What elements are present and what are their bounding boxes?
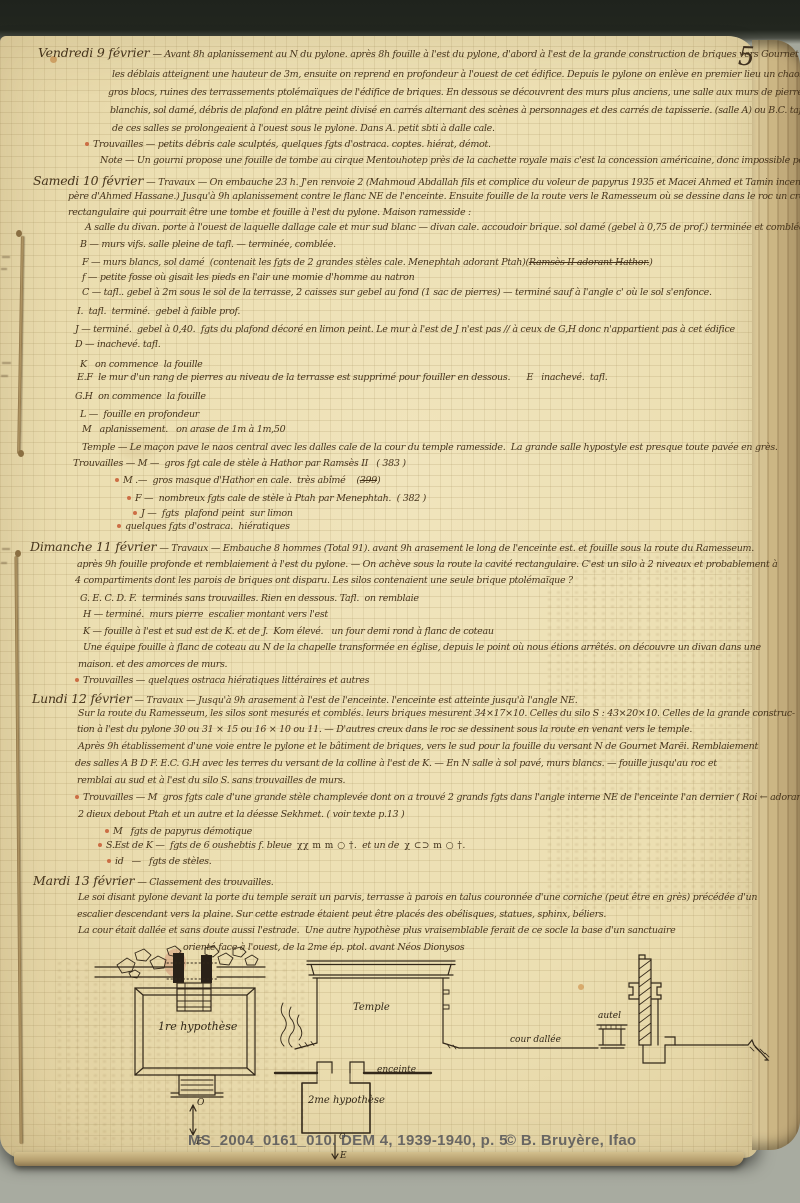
manuscript-line: rectangulaire qui pourrait être une tomb…	[68, 208, 471, 219]
manuscript-line: tion à l'est du pylone 30 ou 31 × 15 ou …	[77, 725, 692, 736]
manuscript-line: 4 compartiments dont les parois de briqu…	[75, 576, 573, 587]
manuscript-line: escalier descendant vers la plaine. Sur …	[77, 910, 606, 921]
altar-sketch	[597, 1025, 627, 1048]
manuscript-line: M .— gros masque d'Hathor en cale. très …	[115, 476, 380, 487]
manuscript-line: après 9h fouille profonde et remblaiemen…	[77, 560, 777, 571]
ghost-mark	[1, 562, 7, 564]
manuscript-line: K on commence la fouille	[80, 360, 203, 371]
manuscript-line: Une équipe fouille à flanc de coteau au …	[83, 643, 761, 654]
manuscript-line: quelques fgts d'ostraca. hiératiques	[117, 522, 290, 533]
manuscript-line: Note — Un gourni propose une fouille de …	[100, 156, 800, 167]
manuscript-line-dated: Dimanche 11 février— Travaux — Embauche …	[30, 540, 754, 555]
sketch-label: 2me hypothèse	[308, 1095, 385, 1106]
break-squiggle	[281, 1003, 302, 1047]
sketch-label: autel	[598, 1011, 621, 1021]
manuscript-line: I. tafl. terminé. gebel à faible prof.	[77, 307, 240, 318]
manuscript-line-dated: Mardi 13 février— Classement des trouvai…	[33, 874, 274, 889]
manuscript-line: id — fgts de stèles.	[107, 857, 211, 868]
manuscript-line: remblai au sud et à l'est du silo S. san…	[77, 776, 345, 787]
rubble-sketch	[117, 946, 258, 978]
manuscript-line: Le soi disant pylone devant la porte du …	[78, 893, 757, 904]
manuscript-line: C — tafl.. gebel à 2m sous le sol de la …	[82, 288, 712, 299]
manuscript-line: F — murs blancs, sol damé (contenait les…	[82, 258, 653, 269]
manuscript-line: Sur la route du Ramesseum, les silos son…	[78, 709, 795, 720]
manuscript-line: Trouvailles — M — gros fgt cale de stèle…	[73, 459, 406, 470]
sketch-label: cour dallée	[510, 1035, 561, 1045]
manuscript-line: A salle du divan. porte à l'ouest de laq…	[85, 223, 800, 234]
manuscript-line: J — fgts plafond peint sur limon	[133, 509, 293, 520]
manuscript-line: La cour était dallée et sans doute aussi…	[78, 926, 675, 937]
manuscript-line: G. E. C. D. F. terminés sans trouvailles…	[80, 594, 419, 605]
manuscript-line: E.F le mur d'un rang de pierres au nivea…	[77, 373, 607, 384]
manuscript-line-dated: Vendredi 9 février— Avant 8h aplanisseme…	[38, 46, 800, 61]
manuscript-line: Trouvailles — M gros fgts cale d'une gra…	[75, 793, 800, 804]
sketch-label: E	[340, 1151, 347, 1161]
manuscript-line: maison. et des amorces de murs.	[78, 660, 227, 671]
manuscript-line: F — nombreux fgts cale de stèle à Ptah p…	[127, 494, 426, 505]
ghost-mark	[1, 375, 8, 377]
manuscript-line: M fgts de papyrus démotique	[105, 827, 252, 838]
manuscript-line: gros blocs, ruines des terrassements pto…	[108, 88, 800, 99]
manuscript-line: L — fouille en profondeur	[80, 410, 199, 421]
manuscript-line: 2 dieux debout Ptah et un autre et la dé…	[78, 810, 404, 821]
manuscript-line-dated: Lundi 12 février— Travaux — Jusqu'à 9h a…	[32, 692, 577, 707]
date-heading: Vendredi 9 février	[38, 45, 152, 60]
manuscript-line: Trouvailles — quelques ostraca hiératiqu…	[75, 676, 369, 687]
ghost-mark	[1, 268, 7, 270]
sketch-label: 1re hypothèse	[158, 1020, 237, 1033]
manuscript-line: J — terminé. gebel à 0,40. fgts du plafo…	[75, 325, 735, 336]
manuscript-line: K — fouille à l'est et sud est de K. et …	[83, 627, 494, 638]
orientation-arrow-west-east	[190, 1105, 196, 1135]
manuscript-line: H — terminé. murs pierre escalier montan…	[83, 610, 328, 621]
ghost-mark	[2, 362, 11, 364]
manuscript-line: f — petite fosse où gisait les pieds en …	[82, 273, 414, 284]
manuscript-line: M aplanissement. on arase de 1m à 1m,50	[82, 425, 285, 436]
date-heading: Mardi 13 février	[33, 873, 137, 888]
manuscript-line: D — inachevé. tafl.	[75, 340, 160, 351]
sketch-label: enceinte	[377, 1065, 416, 1075]
date-heading: Samedi 10 février	[33, 173, 146, 188]
manuscript-line: de ces salles se prolongeaient à l'ouest…	[112, 124, 495, 135]
thread-knot	[18, 450, 24, 457]
manuscript-line: des salles A B D F. E.C. G.H avec les te…	[75, 759, 717, 770]
ghost-mark	[2, 548, 10, 550]
thread-knot	[15, 550, 21, 557]
manuscript-line: B — murs vifs. salle pleine de tafl. — t…	[80, 240, 336, 251]
copyright-watermark: © B. Bruyère, Ifao	[505, 1132, 637, 1149]
date-heading: Lundi 12 février	[32, 691, 135, 706]
manuscript-line: père d'Ahmed Hassane.) Jusqu'à 9h aplani…	[68, 192, 800, 203]
manuscript-line-dated: Samedi 10 février— Travaux — On embauche…	[33, 174, 800, 189]
photo-of-notebook: 5 Vendredi 9 février— Avant 8h aplanisse…	[0, 0, 800, 1203]
manuscript-line: Après 9h établissement d'une voie entre …	[78, 742, 758, 753]
manuscript-line: blanchis, sol damé, débris de plafond en…	[110, 106, 800, 117]
slope-sketch	[743, 1040, 769, 1060]
sketch-label: Temple	[353, 1002, 390, 1013]
date-heading: Dimanche 11 février	[30, 539, 159, 554]
sketch-label: O	[197, 1098, 204, 1108]
archive-watermark: MS_2004_0161_010. DEM 4, 1939-1940, p. 5	[188, 1132, 508, 1149]
manuscript-line: S.Est de K — fgts de 6 oushebtis f. bleu…	[98, 841, 465, 852]
manuscript-line: les déblais atteignent une hauteur de 3m…	[112, 70, 800, 81]
pylon-section	[629, 955, 743, 1063]
thread-knot	[16, 230, 22, 237]
manuscript-line: Trouvailles — petits débris cale sculpté…	[85, 140, 491, 151]
manuscript-line: G.H on commence la fouille	[75, 392, 206, 403]
ghost-mark	[2, 256, 10, 258]
manuscript-line: Temple — Le maçon pave le naos central a…	[82, 443, 778, 454]
